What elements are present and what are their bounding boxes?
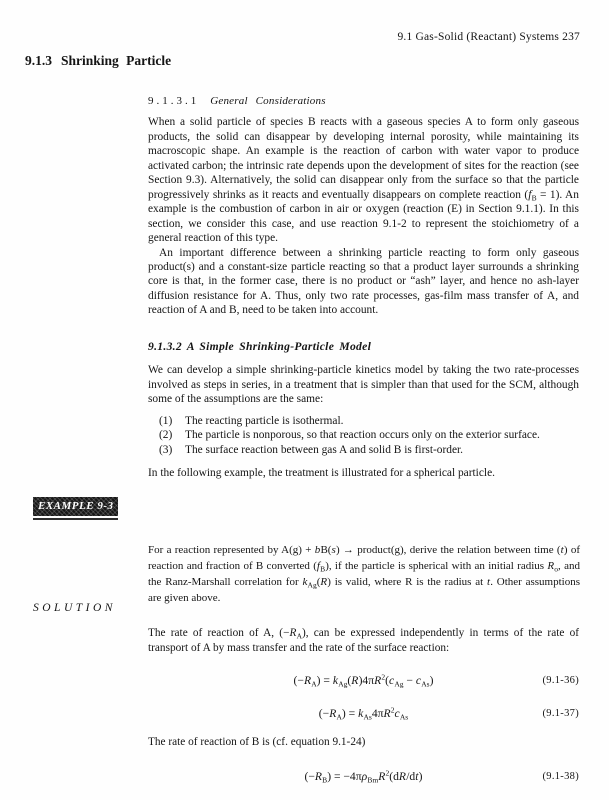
- paragraph-1: When a solid particle of species B react…: [148, 115, 579, 245]
- solution-body: The rate of reaction of A, (−RA), can be…: [148, 626, 579, 783]
- example-badge: EXAMPLE 9-3: [33, 497, 118, 516]
- equation-formula: (−RB) = −4πρBmR2(dR/dt): [304, 770, 422, 783]
- list-item: (1) The reacting particle is isothermal.: [159, 414, 579, 428]
- subsection-heading-simple-model: 9.1.3.2 A Simple Shrinking-Particle Mode…: [148, 340, 579, 354]
- example-underline-rule: [33, 518, 118, 520]
- paragraph-4: In the following example, the treatment …: [148, 466, 579, 480]
- example-body: For a reaction represented by A(g) + bB(…: [148, 542, 580, 606]
- equation-9-1-36: (−RA) = kAg(R)4πR2(cAg − cAs) (9.1-36): [148, 674, 579, 687]
- subsection-title: A Simple Shrinking-Particle Model: [187, 340, 371, 353]
- list-item-text: The particle is nonporous, so that react…: [185, 428, 540, 442]
- list-item: (3) The surface reaction between gas A a…: [159, 443, 579, 457]
- running-header: 9.1 Gas-Solid (Reactant) Systems 237: [397, 31, 580, 43]
- solution-label: SOLUTION: [33, 602, 116, 614]
- list-item-text: The surface reaction between gas A and s…: [185, 443, 463, 457]
- list-item-marker: (3): [159, 443, 185, 457]
- example-label: EXAMPLE 9-3: [33, 496, 118, 520]
- list-item: (2) The particle is nonporous, so that r…: [159, 428, 579, 442]
- solution-paragraph-1: The rate of reaction of A, (−RA), can be…: [148, 626, 579, 656]
- section-title: Shrinking Particle: [61, 53, 171, 68]
- equation-number: (9.1-37): [542, 708, 579, 719]
- equation-9-1-38: (−RB) = −4πρBmR2(dR/dt) (9.1-38): [148, 770, 579, 783]
- section-heading: 9.1.3Shrinking Particle: [25, 53, 171, 69]
- solution-paragraph-2: The rate of reaction of B is (cf. equati…: [148, 735, 579, 750]
- main-text-column: 9.1.3.1General Considerations When a sol…: [148, 94, 579, 480]
- equation-number: (9.1-38): [542, 771, 579, 782]
- equation-number: (9.1-36): [542, 675, 579, 686]
- list-item-text: The reacting particle is isothermal.: [185, 414, 343, 428]
- equation-9-1-37: (−RA) = kAs4πR2cAs (9.1-37): [148, 707, 579, 720]
- equation-formula: (−RA) = kAg(R)4πR2(cAg − cAs): [294, 674, 434, 687]
- paragraph-2: An important difference between a shrink…: [148, 246, 579, 318]
- subsection-number: 9.1.3.2: [148, 340, 182, 353]
- assumptions-list: (1) The reacting particle is isothermal.…: [148, 414, 579, 457]
- list-item-marker: (1): [159, 414, 185, 428]
- equation-formula: (−RA) = kAs4πR2cAs: [319, 707, 408, 720]
- subsection-number: 9.1.3.1: [148, 95, 199, 107]
- subsection-title: General Considerations: [210, 95, 325, 107]
- list-item-marker: (2): [159, 428, 185, 442]
- book-page: 9.1 Gas-Solid (Reactant) Systems 237 9.1…: [0, 0, 609, 800]
- section-number: 9.1.3: [25, 53, 52, 68]
- paragraph-3: We can develop a simple shrinking-partic…: [148, 363, 579, 406]
- subsection-heading-general-considerations: 9.1.3.1General Considerations: [148, 94, 579, 108]
